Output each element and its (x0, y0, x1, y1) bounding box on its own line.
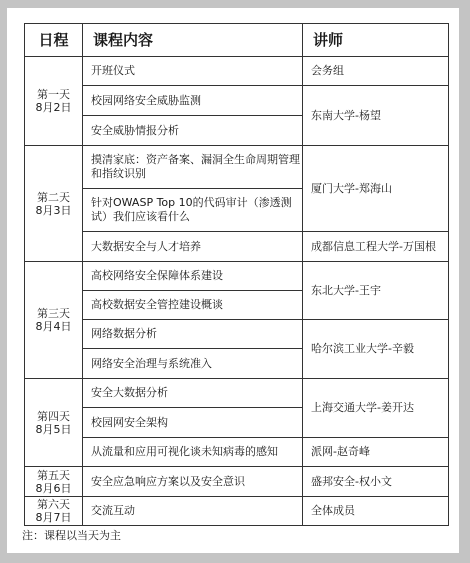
day-label: 第一天 (25, 88, 82, 101)
session-cell: 开班仪式 (83, 57, 303, 86)
table-row: 第六天 8月7日 交流互动 全体成员 (25, 497, 449, 526)
day-date: 8月3日 (25, 204, 82, 217)
session-cell: 校园网安全架构 (83, 408, 303, 438)
session-cell: 校园网络安全威胁监测 (83, 86, 303, 116)
table-row: 第四天 8月5日 安全大数据分析 上海交通大学-姜开达 (25, 379, 449, 408)
lecturer-cell: 东南大学-杨望 (303, 86, 449, 146)
lecturer-cell: 派网-赵奇峰 (303, 438, 449, 467)
day-cell-5: 第五天 8月6日 (25, 467, 83, 497)
session-cell: 安全应急响应方案以及安全意识 (83, 467, 303, 497)
session-cell: 安全大数据分析 (83, 379, 303, 408)
day-cell-1: 第一天 8月2日 (25, 57, 83, 146)
session-cell: 网络数据分析 (83, 320, 303, 349)
lecturer-cell: 盛邦安全-权小文 (303, 467, 449, 497)
header-day: 日程 (25, 24, 83, 57)
schedule-table: 日程 课程内容 讲师 第一天 8月2日 开班仪式 会务组 校园网络安全威胁监测 … (24, 23, 449, 526)
day-date: 8月5日 (25, 423, 82, 436)
day-date: 8月6日 (25, 482, 82, 495)
session-cell: 网络安全治理与系统准入 (83, 349, 303, 379)
session-cell: 从流量和应用可视化谈未知病毒的感知 (83, 438, 303, 467)
lecturer-cell: 东北大学-王宇 (303, 262, 449, 320)
session-cell: 高校数据安全管控建设概谈 (83, 291, 303, 320)
document-page: 日程 课程内容 讲师 第一天 8月2日 开班仪式 会务组 校园网络安全威胁监测 … (7, 8, 459, 553)
lecturer-cell: 厦门大学-郑海山 (303, 146, 449, 232)
lecturer-cell: 上海交通大学-姜开达 (303, 379, 449, 438)
day-label: 第六天 (25, 498, 82, 511)
day-cell-3: 第三天 8月4日 (25, 262, 83, 379)
session-cell: 交流互动 (83, 497, 303, 526)
day-date: 8月7日 (25, 511, 82, 524)
day-date: 8月2日 (25, 101, 82, 114)
table-row: 校园网络安全威胁监测 东南大学-杨望 (25, 86, 449, 116)
session-cell: 大数据安全与人才培养 (83, 232, 303, 262)
day-cell-4: 第四天 8月5日 (25, 379, 83, 467)
footnote: 注：课程以当天为主 (22, 529, 121, 543)
day-date: 8月4日 (25, 320, 82, 333)
table-row: 从流量和应用可视化谈未知病毒的感知 派网-赵奇峰 (25, 438, 449, 467)
header-lecturer: 讲师 (303, 24, 449, 57)
session-cell: 摸清家底：资产备案、漏洞全生命周期管理和指纹识别 (83, 146, 303, 189)
lecturer-cell: 成都信息工程大学-万国根 (303, 232, 449, 262)
lecturer-cell: 全体成员 (303, 497, 449, 526)
lecturer-cell: 会务组 (303, 57, 449, 86)
day-cell-2: 第二天 8月3日 (25, 146, 83, 262)
header-row: 日程 课程内容 讲师 (25, 24, 449, 57)
table-row: 第一天 8月2日 开班仪式 会务组 (25, 57, 449, 86)
table-row: 大数据安全与人才培养 成都信息工程大学-万国根 (25, 232, 449, 262)
table-row: 网络数据分析 哈尔滨工业大学-辛毅 (25, 320, 449, 349)
session-cell: 安全威胁情报分析 (83, 116, 303, 146)
session-cell: 高校网络安全保障体系建设 (83, 262, 303, 291)
table-row: 第五天 8月6日 安全应急响应方案以及安全意识 盛邦安全-权小文 (25, 467, 449, 497)
day-label: 第四天 (25, 410, 82, 423)
day-cell-6: 第六天 8月7日 (25, 497, 83, 526)
table-row: 第二天 8月3日 摸清家底：资产备案、漏洞全生命周期管理和指纹识别 厦门大学-郑… (25, 146, 449, 189)
day-label: 第五天 (25, 469, 82, 482)
lecturer-cell: 哈尔滨工业大学-辛毅 (303, 320, 449, 379)
session-cell: 针对OWASP Top 10的代码审计（渗透测试）我们应该看什么 (83, 189, 303, 232)
day-label: 第二天 (25, 191, 82, 204)
day-label: 第三天 (25, 307, 82, 320)
table-row: 第三天 8月4日 高校网络安全保障体系建设 东北大学-王宇 (25, 262, 449, 291)
header-content: 课程内容 (83, 24, 303, 57)
